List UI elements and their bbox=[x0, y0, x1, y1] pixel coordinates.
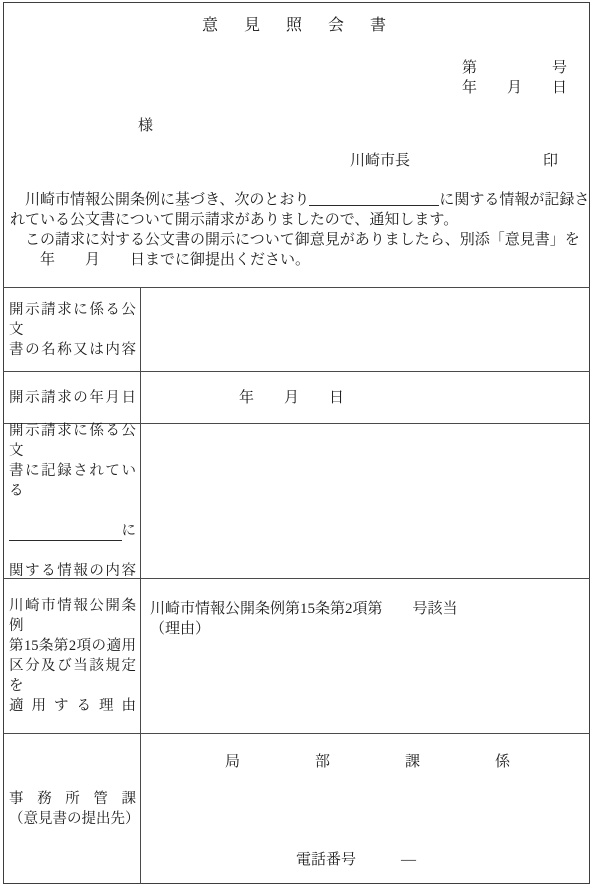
provision-reason-label: （理由） bbox=[150, 619, 582, 639]
notice-line-3: この請求に対する公文書の開示について御意見がありましたら、別添「意見書」を bbox=[10, 230, 588, 250]
fill-in-blank-subject bbox=[309, 191, 439, 206]
seal-mark: 印 bbox=[543, 151, 558, 171]
addressee-sama: 様 bbox=[138, 116, 153, 136]
notice-line-4: 年 月 日までに御提出ください。 bbox=[10, 250, 588, 270]
doc-number-line: 第 号 bbox=[462, 58, 567, 78]
page-title: 意 見 照 会 書 bbox=[0, 16, 593, 36]
row-label-cell: 開示請求に係る公文 書に記録されている に 関する情報の内容 bbox=[3, 424, 141, 578]
row-label-cell: 開示請求に係る公文 書の名称又は内容 bbox=[3, 288, 141, 371]
row-label: 開示請求に係る公文 書の名称又は内容 bbox=[9, 300, 136, 360]
office-in-charge-value-cell: 局 部 課 係 電話番号 ― bbox=[141, 734, 590, 884]
applicable-provision-value-cell: 川崎市情報公開条例第15条第2項第 号該当 （理由） bbox=[141, 579, 590, 733]
row-label: 開示請求に係る公文 書に記録されている に 関する情報の内容 bbox=[9, 401, 136, 601]
row-label-cell: 川崎市情報公開条例 第15条第2項の適用 区分及び当該規定を 適用する理由 bbox=[3, 579, 141, 733]
notice-paragraph: 川崎市情報公開条例に基づき、次のとおりに関する情報が記録さ れている公文書につい… bbox=[10, 190, 588, 270]
notice-line-1-prefix: 川崎市情報公開条例に基づき、次のとおり bbox=[10, 192, 309, 208]
request-date-value-cell: 年 月 日 bbox=[141, 372, 590, 423]
row-label: 川崎市情報公開条例 第15条第2項の適用 区分及び当該規定を 適用する理由 bbox=[9, 596, 136, 716]
fill-in-blank-subject-small bbox=[9, 524, 122, 541]
bureau-dept-section-line: 局 部 課 係 bbox=[225, 752, 510, 772]
table-row-document-name: 開示請求に係る公文 書の名称又は内容 bbox=[3, 287, 590, 371]
document-name-value-cell bbox=[141, 288, 590, 371]
row-label-part1: 開示請求に係る公文 書に記録されている bbox=[9, 421, 136, 501]
notice-line-1: 川崎市情報公開条例に基づき、次のとおりに関する情報が記録さ bbox=[10, 190, 588, 210]
table-row-applicable-provision: 川崎市情報公開条例 第15条第2項の適用 区分及び当該規定を 適用する理由 川崎… bbox=[3, 578, 590, 733]
row-label: 事務所管課 （意見書の提出先） bbox=[9, 789, 136, 829]
notice-line-1-suffix: に関する情報が記録さ bbox=[439, 192, 589, 208]
phone-number-line: 電話番号 ― bbox=[296, 850, 416, 870]
sender-line: 川崎市長 印 bbox=[0, 151, 593, 171]
provision-clause-line: 川崎市情報公開条例第15条第2項第 号該当 bbox=[150, 599, 582, 619]
doc-date-line: 年 月 日 bbox=[462, 78, 567, 98]
table-row-office-in-charge: 事務所管課 （意見書の提出先） 局 部 課 係 電話番号 ― bbox=[3, 733, 590, 884]
row-label-blank-line: に bbox=[9, 521, 136, 541]
row-label-blank-suffix: に bbox=[122, 521, 137, 541]
row-label-cell: 事務所管課 （意見書の提出先） bbox=[3, 734, 141, 884]
request-date-value: 年 月 日 bbox=[239, 388, 344, 408]
sender-name: 川崎市長 bbox=[350, 151, 410, 171]
recorded-info-value-cell bbox=[141, 424, 590, 578]
notice-line-2: れている公文書について開示請求がありましたので、通知します。 bbox=[10, 210, 588, 230]
document-page: 意 見 照 会 書 第 号 年 月 日 様 川崎市長 印 川崎市情報公開条例に基… bbox=[0, 0, 593, 888]
form-table: 開示請求に係る公文 書の名称又は内容 開示請求の年月日 年 月 日 開示請求に係… bbox=[3, 287, 590, 884]
table-row-recorded-info: 開示請求に係る公文 書に記録されている に 関する情報の内容 bbox=[3, 423, 590, 578]
